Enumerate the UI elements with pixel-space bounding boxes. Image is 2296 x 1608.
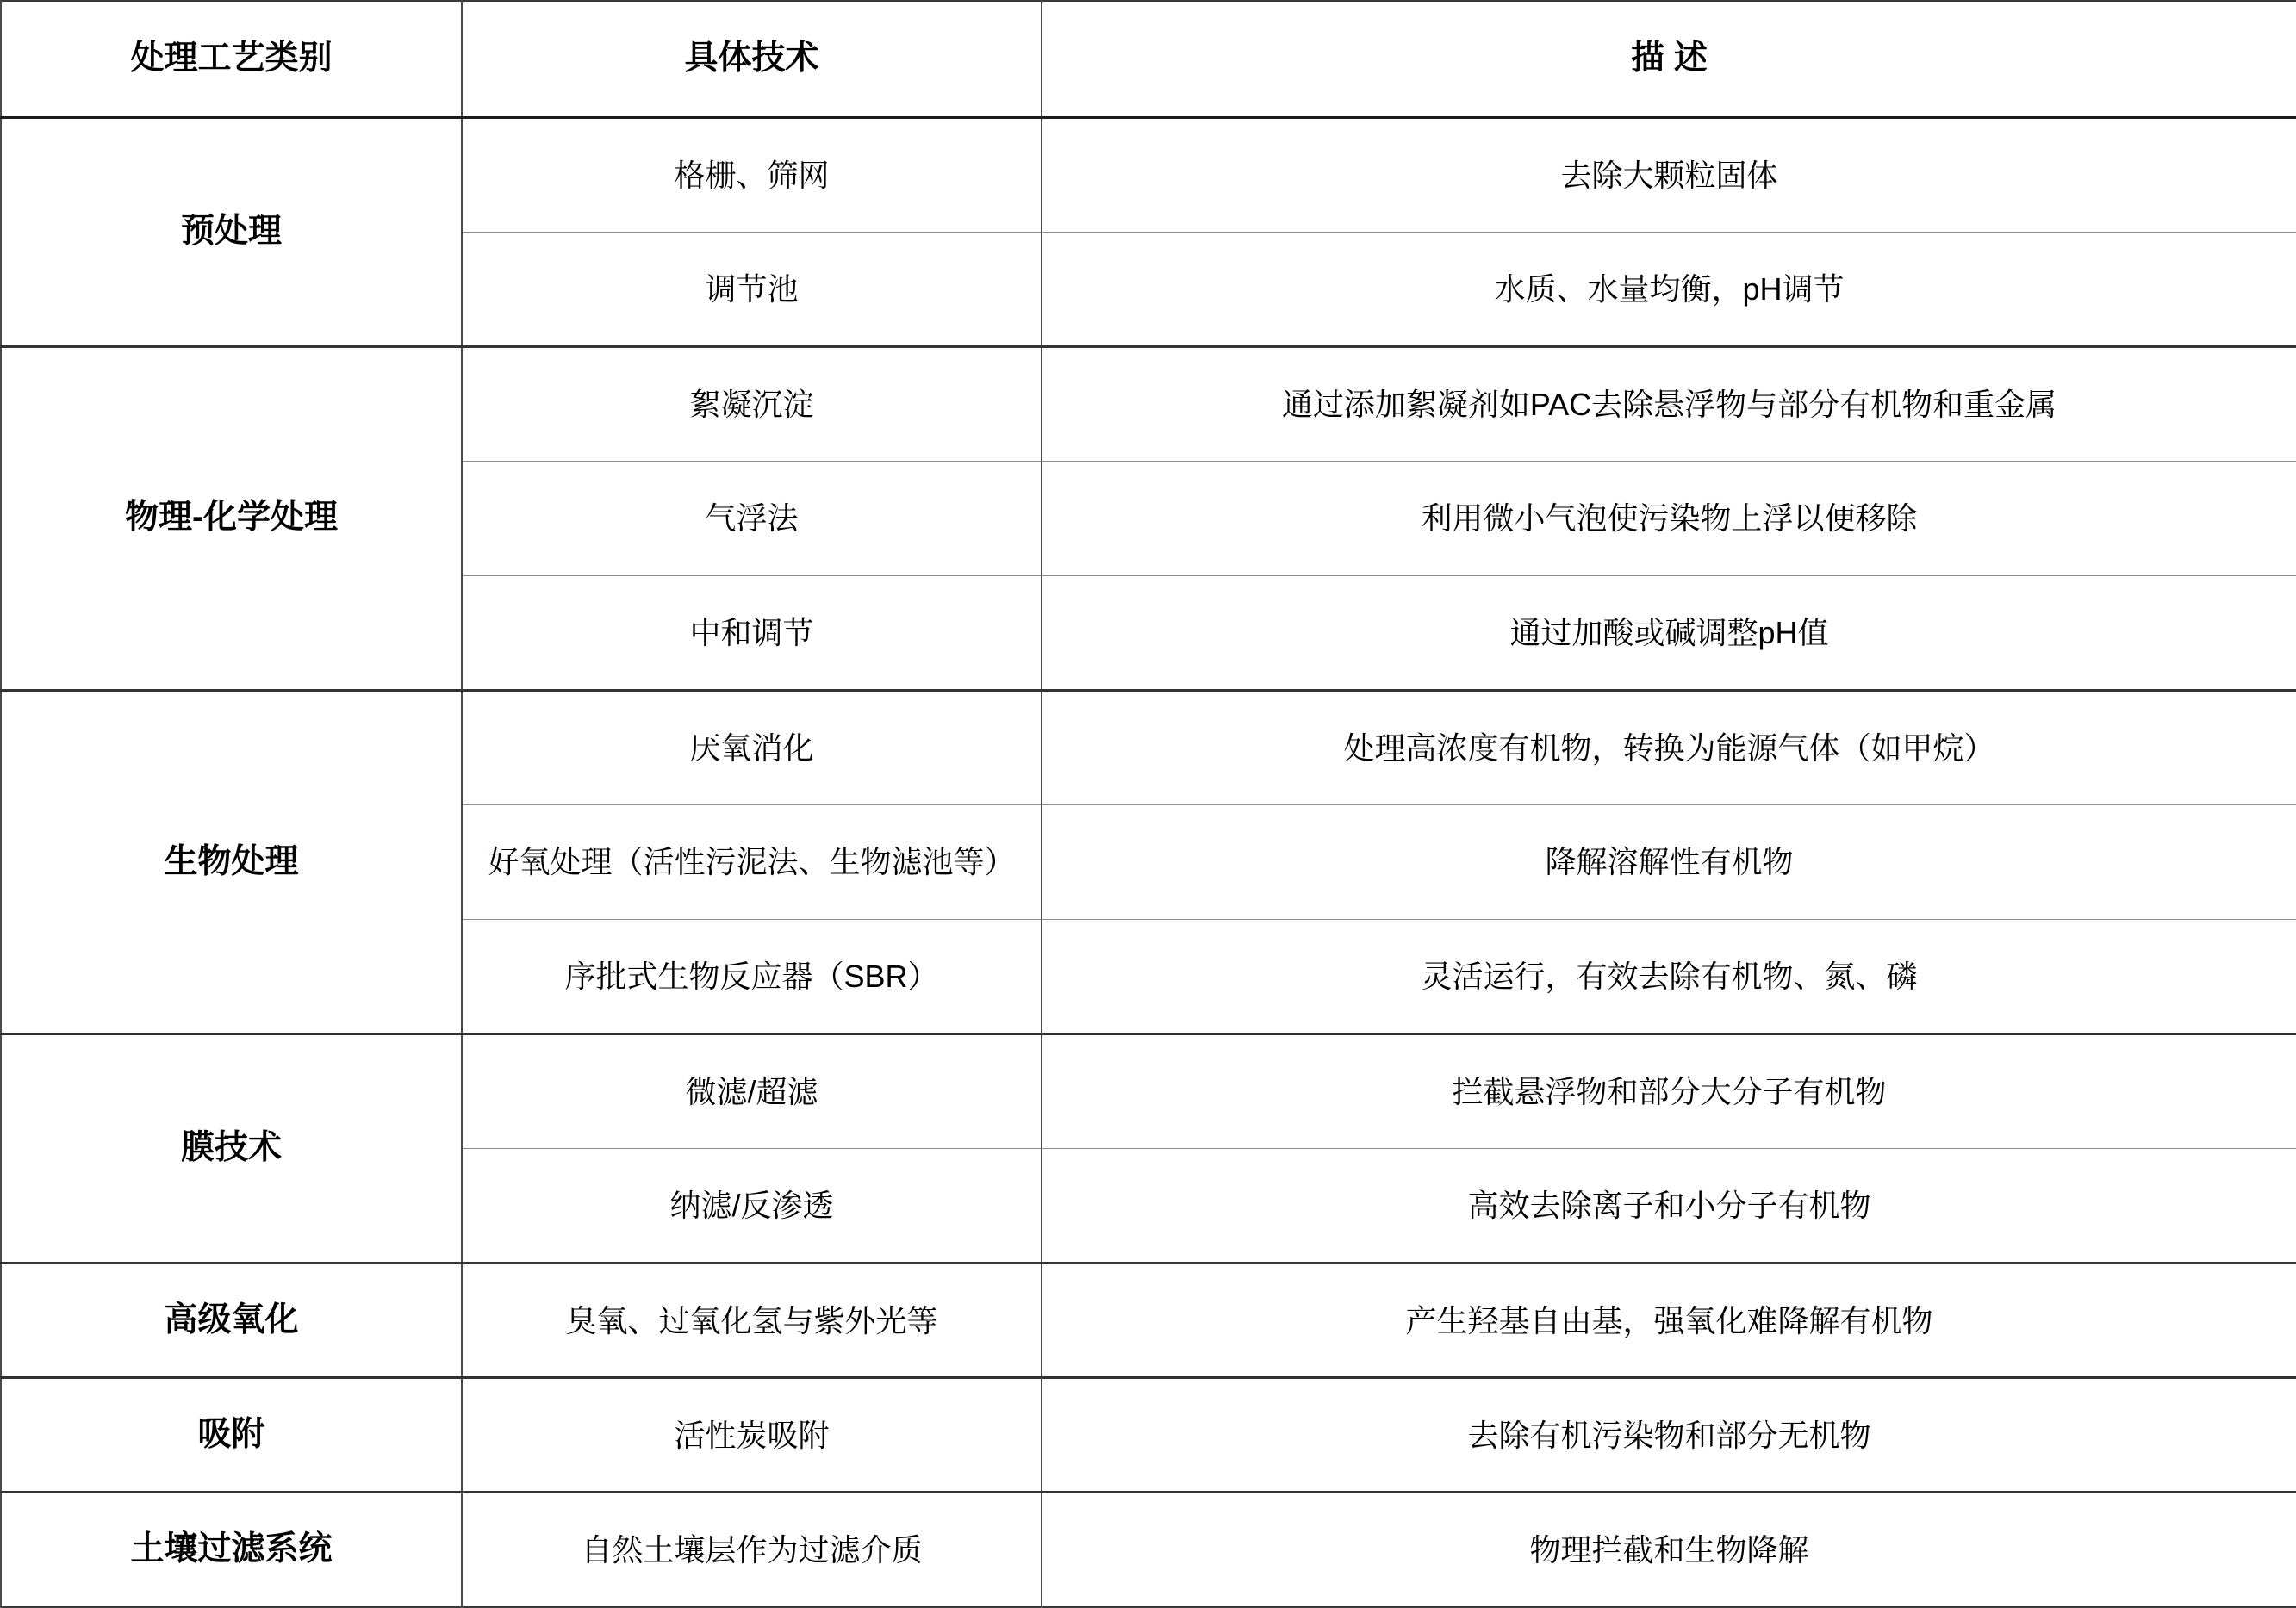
- treatment-process-table: 处理工艺类别 具体技术 描 述 预处理 格栅、筛网 去除大颗粒固体 调节池 水质…: [0, 0, 2296, 1608]
- tech-cell: 序批式生物反应器（SBR）: [462, 919, 1042, 1034]
- desc-cell: 去除有机污染物和部分无机物: [1042, 1378, 2296, 1493]
- desc-cell: 通过加酸或碱调整pH值: [1042, 575, 2296, 690]
- category-cell-soil-filtration: 土壤过滤系统: [1, 1493, 462, 1607]
- category-cell-membrane: 膜技术: [1, 1034, 462, 1263]
- tech-cell: 格栅、筛网: [462, 117, 1042, 232]
- tech-cell: 调节池: [462, 232, 1042, 346]
- table-row: 高级氧化 臭氧、过氧化氢与紫外光等 产生羟基自由基，强氧化难降解有机物: [1, 1263, 2296, 1378]
- table-row: 吸附 活性炭吸附 去除有机污染物和部分无机物: [1, 1378, 2296, 1493]
- tech-cell: 中和调节: [462, 575, 1042, 690]
- table-body: 预处理 格栅、筛网 去除大颗粒固体 调节池 水质、水量均衡，pH调节 物理-化学…: [1, 117, 2296, 1607]
- column-header-technology: 具体技术: [462, 1, 1042, 117]
- page: 处理工艺类别 具体技术 描 述 预处理 格栅、筛网 去除大颗粒固体 调节池 水质…: [0, 0, 2296, 1608]
- header-row: 处理工艺类别 具体技术 描 述: [1, 1, 2296, 117]
- desc-cell: 去除大颗粒固体: [1042, 117, 2296, 232]
- desc-cell: 灵活运行，有效去除有机物、氮、磷: [1042, 919, 2296, 1034]
- table-row: 膜技术 微滤/超滤 拦截悬浮物和部分大分子有机物: [1, 1034, 2296, 1149]
- tech-cell: 臭氧、过氧化氢与紫外光等: [462, 1263, 1042, 1378]
- desc-cell: 产生羟基自由基，强氧化难降解有机物: [1042, 1263, 2296, 1378]
- category-cell-biological: 生物处理: [1, 690, 462, 1034]
- category-cell-physicochemical: 物理-化学处理: [1, 346, 462, 690]
- desc-cell: 物理拦截和生物降解: [1042, 1493, 2296, 1607]
- table-row: 生物处理 厌氧消化 处理高浓度有机物，转换为能源气体（如甲烷）: [1, 690, 2296, 804]
- tech-cell: 自然土壤层作为过滤介质: [462, 1493, 1042, 1607]
- column-header-category: 处理工艺类别: [1, 1, 462, 117]
- desc-cell: 高效去除离子和小分子有机物: [1042, 1149, 2296, 1263]
- table-row: 物理-化学处理 絮凝沉淀 通过添加絮凝剂如PAC去除悬浮物与部分有机物和重金属: [1, 346, 2296, 461]
- category-cell-advanced-oxidation: 高级氧化: [1, 1263, 462, 1378]
- tech-cell: 活性炭吸附: [462, 1378, 1042, 1493]
- desc-cell: 处理高浓度有机物，转换为能源气体（如甲烷）: [1042, 690, 2296, 804]
- table-header: 处理工艺类别 具体技术 描 述: [1, 1, 2296, 117]
- tech-cell: 纳滤/反渗透: [462, 1149, 1042, 1263]
- category-cell-adsorption: 吸附: [1, 1378, 462, 1493]
- tech-cell: 厌氧消化: [462, 690, 1042, 804]
- tech-cell: 微滤/超滤: [462, 1034, 1042, 1149]
- tech-cell: 气浮法: [462, 461, 1042, 575]
- desc-cell: 利用微小气泡使污染物上浮以便移除: [1042, 461, 2296, 575]
- column-header-description: 描 述: [1042, 1, 2296, 117]
- desc-cell: 水质、水量均衡，pH调节: [1042, 232, 2296, 346]
- category-cell-pretreatment: 预处理: [1, 117, 462, 346]
- table-row: 预处理 格栅、筛网 去除大颗粒固体: [1, 117, 2296, 232]
- desc-cell: 拦截悬浮物和部分大分子有机物: [1042, 1034, 2296, 1149]
- tech-cell: 好氧处理（活性污泥法、生物滤池等）: [462, 804, 1042, 919]
- desc-cell: 通过添加絮凝剂如PAC去除悬浮物与部分有机物和重金属: [1042, 346, 2296, 461]
- tech-cell: 絮凝沉淀: [462, 346, 1042, 461]
- table-row: 土壤过滤系统 自然土壤层作为过滤介质 物理拦截和生物降解: [1, 1493, 2296, 1607]
- desc-cell: 降解溶解性有机物: [1042, 804, 2296, 919]
